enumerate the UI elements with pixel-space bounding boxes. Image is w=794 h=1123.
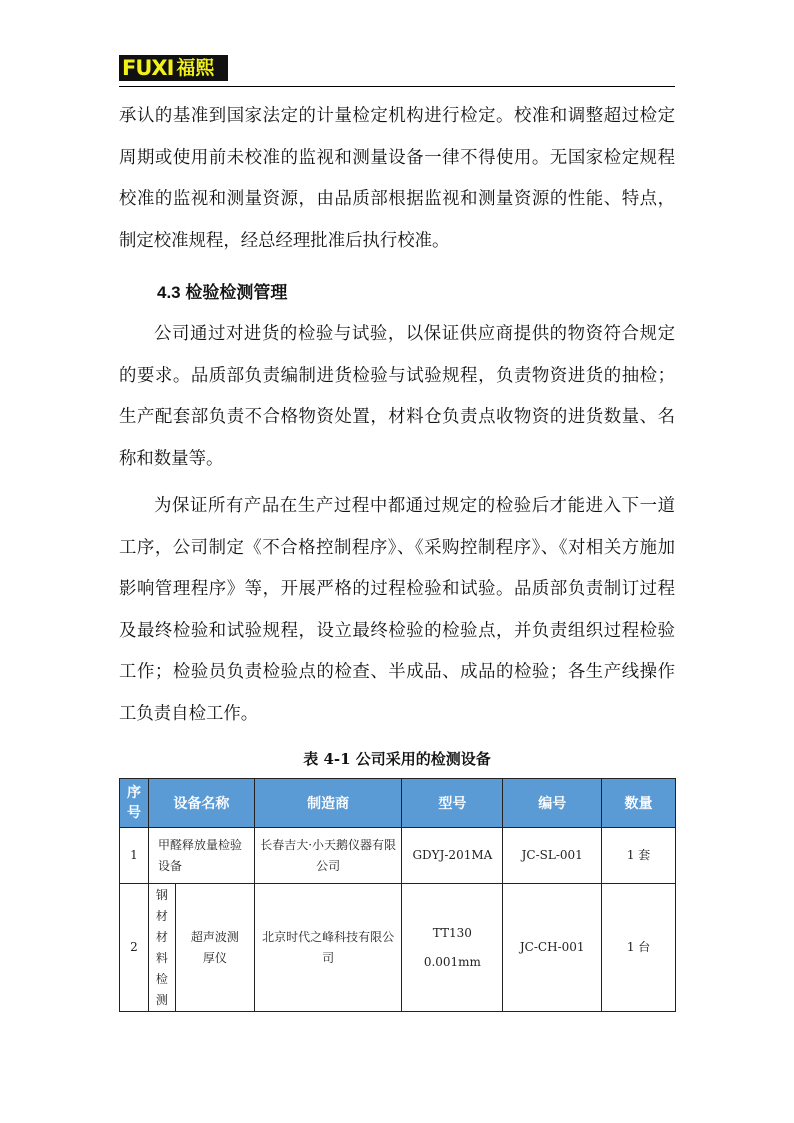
table-caption: 表 4-1 公司采用的检测设备 xyxy=(119,747,675,771)
cell-code: JC-SL-001 xyxy=(503,828,602,884)
cell-maker: 长春吉大·小天鹅仪器有限公司 xyxy=(254,828,402,884)
paragraph-process-inspection: 为保证所有产品在生产过程中都通过规定的检验后才能进入下一道工序，公司制定《不合格… xyxy=(119,486,675,735)
header-qty: 数量 xyxy=(602,779,676,828)
header-maker: 制造商 xyxy=(254,779,402,828)
logo-latin-text: FUXI xyxy=(122,55,173,81)
table-row: 2 钢材材料检测 超声波测厚仪 北京时代之峰科技有限公司 TT130 0.001… xyxy=(120,884,676,1012)
header-code: 编号 xyxy=(503,779,602,828)
header-name: 设备名称 xyxy=(148,779,254,828)
model-line2: 0.001mm xyxy=(402,952,502,973)
cell-qty: 1 套 xyxy=(602,828,676,884)
cell-model: TT130 0.001mm xyxy=(402,884,503,1012)
fuxi-logo: FUXI 福熙 xyxy=(119,55,228,81)
header-model: 型号 xyxy=(402,779,503,828)
cell-seq: 2 xyxy=(120,884,149,1012)
table-row: 1 甲醛释放量检验设备 长春吉大·小天鹅仪器有限公司 GDYJ-201MA JC… xyxy=(120,828,676,884)
cell-maker: 北京时代之峰科技有限公司 xyxy=(254,884,402,1012)
section-heading: 4.3 检验检测管理 xyxy=(157,280,287,306)
paragraph-incoming-inspection: 公司通过对进货的检验与试验，以保证供应商提供的物资符合规定的要求。品质部负责编制… xyxy=(119,314,675,480)
equipment-table: 序号 设备名称 制造商 型号 编号 数量 1 甲醛释放量检验设备 长春吉大·小天… xyxy=(119,778,676,1012)
page-header: FUXI 福熙 xyxy=(119,54,675,87)
cell-name: 甲醛释放量检验设备 xyxy=(148,828,254,884)
cell-seq: 1 xyxy=(120,828,149,884)
header-seq: 序号 xyxy=(120,779,149,828)
model-line1: TT130 xyxy=(402,923,502,944)
paragraph-calibration: 承认的基准到国家法定的计量检定机构进行检定。校准和调整超过检定周期或使用前未校准… xyxy=(119,96,675,262)
table-header-row: 序号 设备名称 制造商 型号 编号 数量 xyxy=(120,779,676,828)
cell-model: GDYJ-201MA xyxy=(402,828,503,884)
cell-qty: 1 台 xyxy=(602,884,676,1012)
cell-code: JC-CH-001 xyxy=(503,884,602,1012)
logo-cjk-text: 福熙 xyxy=(176,55,214,81)
cell-name: 超声波测厚仪 xyxy=(175,884,254,1012)
cell-category: 钢材材料检测 xyxy=(148,884,175,1012)
category-text: 钢材材料检测 xyxy=(155,885,168,1011)
